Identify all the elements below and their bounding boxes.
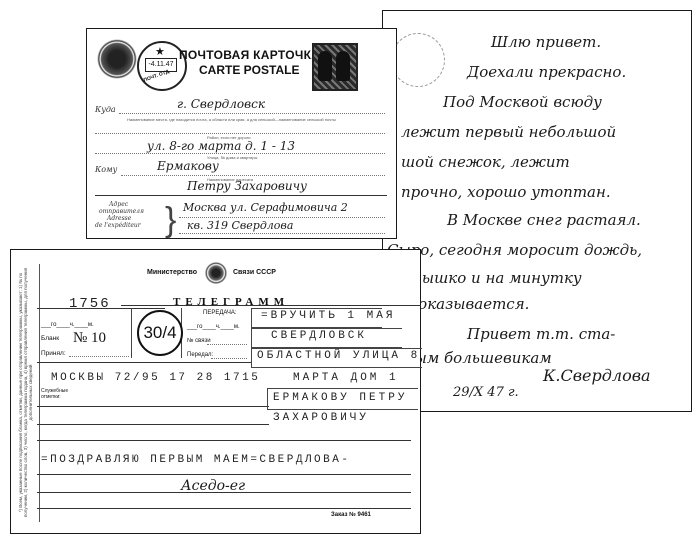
letter-line: лежит первый небольшой	[401, 123, 616, 141]
to-where-value: г. Свердловск	[177, 97, 265, 111]
letter-line: Шлю привет.	[491, 33, 601, 51]
letter-signature: К.Свердлова	[543, 366, 651, 385]
sender-label-ru-1: Адрес	[109, 201, 128, 208]
ussr-emblem-icon	[205, 262, 227, 284]
telegram-title: ТЕЛЕГРАММ	[173, 296, 289, 308]
to-whom-label: Кому	[95, 165, 117, 174]
letter-line: В Москве снег растаял.	[447, 211, 641, 229]
tape-line: ОБЛАСТНОЙ УЛИЦА 8	[257, 350, 420, 362]
letter-line: Сыро, сегодня моросит дождь,	[387, 241, 642, 259]
postcard-title-fr: CARTE POSTALE	[199, 63, 299, 77]
to-whom-value-2: Петру Захаровичу	[187, 179, 307, 193]
side-note: *) Всем, указанные после подписания блан…	[16, 260, 36, 520]
letter-line: Привет т.т. ста-	[467, 325, 615, 343]
transmit-time-row: ___го____ч.____м.	[187, 324, 240, 330]
ministry-label-right: Связи СССР	[233, 269, 276, 276]
letter-date: 29/X 47 г.	[453, 385, 519, 400]
sender-label-fr-2: de l'expéditeur	[95, 222, 141, 229]
ministry-label-left: Министерство	[147, 269, 197, 276]
to-whom-value: Ермакову	[157, 159, 219, 173]
sender-label-ru-2: отправителя	[99, 208, 144, 215]
telegram-form: *) Всем, указанные после подписания блан…	[10, 249, 421, 534]
to-where-label: Куда	[95, 105, 116, 114]
blank-label: Бланк	[41, 335, 59, 342]
notes-label: отметки:	[41, 394, 61, 400]
sent-label: Передал:	[187, 352, 213, 358]
circle-stamp-number: 30/4	[137, 310, 183, 356]
brace-icon: }	[165, 203, 176, 237]
serial-number: 1756	[69, 296, 111, 312]
transmit-label: ПЕРЕДАЧА:	[203, 310, 237, 316]
letter-line: прочно, хорошо утоптан.	[401, 183, 611, 201]
received-time-row: ___го____ч.____м.	[41, 322, 94, 328]
postmark-date: -4.11.47	[145, 58, 177, 72]
postage-stamp-icon	[312, 43, 358, 91]
faint-postmark-icon	[391, 33, 445, 87]
order-number: Заказ № 9461	[331, 512, 371, 518]
letter-line: Под Москвой всюду	[443, 93, 602, 111]
tape-line: СВЕРДЛОВСК	[271, 330, 367, 342]
postcard-front: ★ -4.11.47 ПОЧТ. ОТД. ПОЧТОВАЯ КАРТОЧКА …	[86, 28, 397, 239]
ussr-emblem-icon	[97, 39, 137, 79]
postcard-title-ru: ПОЧТОВАЯ КАРТОЧКА	[179, 48, 320, 62]
tape-line: МАРТА ДОМ 1	[293, 372, 399, 384]
star-icon: ★	[155, 45, 165, 58]
letter-line: рым большевикам	[405, 349, 552, 367]
letter-line: шой снежок, лежит	[401, 153, 570, 171]
street-value: ул. 8-го марта д. 1 - 13	[147, 139, 295, 153]
tape-line: ЗАХАРОВИЧУ	[273, 412, 369, 424]
telegram-message: =ПОЗДРАВЛЯЮ ПЕРВЫМ МАЕМ=СВЕРДЛОВА-	[41, 454, 350, 466]
to-where-hint: Наименование места, где находится почта,…	[127, 117, 336, 122]
letter-line: Доехали прекрасно.	[467, 63, 626, 81]
telegram-header-line: МОСКВЫ 72/95 17 28 1715	[51, 372, 260, 384]
blank-number: № 10	[73, 330, 106, 347]
tape-line: =ВРУЧИТЬ 1 МАЯ	[261, 310, 395, 322]
accepted-label: Принял:	[41, 350, 66, 357]
handwritten-letter: Шлю привет. Доехали прекрасно. Под Москв…	[382, 10, 692, 412]
sender-address-2: кв. 319 Свердлова	[187, 219, 293, 232]
tape-line: ЕРМАКОВУ ПЕТРУ	[273, 392, 407, 404]
sender-label-fr-1: Adresse	[107, 215, 131, 222]
sender-address-1: Москва ул. Серафимовича 2	[183, 201, 348, 214]
